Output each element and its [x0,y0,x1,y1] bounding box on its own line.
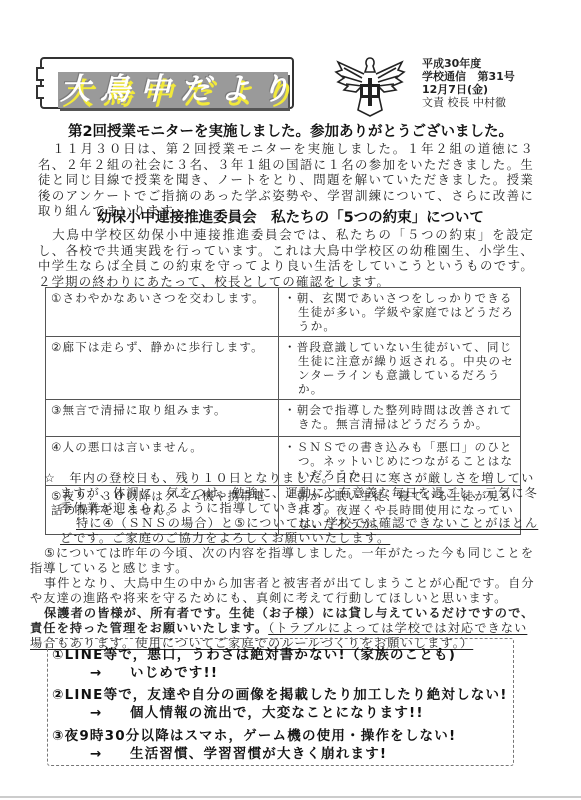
arrow-icon: → [90,665,130,681]
promise-cell: ①さわやかなあいさつを交わします。 [46,288,279,337]
publication-line: 学校通信 第31号 [422,70,515,83]
promise-cell: ②廊下は走らず、静かに歩行します。 [46,337,279,400]
section1-heading: 第2回授業モニターを実施しました。参加ありがとうございました。 [0,120,581,141]
publication-name: 学校通信 [422,70,466,83]
warning-consequence-1: →いじめです!! [90,661,218,681]
section3-body: ☆ 年内の登校日も、残り１０日となりました。日に日に寒さが厳しさを増していますが… [30,471,540,651]
issue-date: 12月7日(金) [422,83,515,96]
table-row: ①さわやかなあいさつを交わします。 ・朝、玄関であいさつをしっかりできる生徒が多… [46,288,521,337]
section2-body: 大鳥中学校区幼保小中連接推進委員会では、私たちの「５つの約束」を設定し、各校で共… [38,227,534,289]
table-row: ②廊下は走らず、静かに歩行します。 ・普段意識していない生徒がいて、同じ生徒に注… [46,337,521,400]
paragraph-rule-five: ⑤については昨年の今頃、次の内容を指導しました。一年がたった今も同じことを指導し… [30,546,540,576]
star-paragraph: ☆ 年内の登校日も、残り１０日となりました。日に日に寒さが厳しさを増していますが… [30,471,540,516]
page-bottom-edge [0,796,581,798]
arrow-icon: → [90,746,130,762]
issue-number: 第31号 [478,70,515,83]
warning-rule-1: ①LINE等で，悪口，うわさは絶対書かない!（家族のことも) [52,643,456,663]
table-row: ③無言で清掃に取り組みます。 ・朝会で指導した整列時間は改善されてきた。無言清掃… [46,400,521,437]
fiscal-year: 平成30年度 [422,57,515,70]
warning-consequence-2: →個人情報の流出で，大変なことになります!! [90,701,424,721]
note-cell: ・朝会で指導した整列時間は改善されてきた。無言清掃はどうだろうか。 [279,400,521,437]
warning-rule-2: ②LINE等で，友達や自分の画像を掲載したり加工したり絶対しない! [52,683,508,703]
newsletter-title: 大鳥中だより [60,72,290,108]
underlined-paragraph: 特に④（ＳＮＳの場合）と⑤については、学校では確認できないことがほとんどです。ご… [30,516,540,546]
paragraph-incident: 事件となり、大鳥中生の中から加害者と被害者が出てしまうことが心配です。自分や友達… [30,576,540,606]
warning-consequence-3: →生活習慣、学習習慣が大きく崩れます! [90,742,387,762]
responsible-author: 文責 校長 中村徹 [422,96,515,109]
promise-cell: ③無言で清掃に取り組みます。 [46,400,279,437]
note-cell: ・普段意識していない生徒がいて、同じ生徒に注意が繰り返される。中央のセンターライ… [279,337,521,400]
school-emblem-bird-icon [334,52,406,118]
section2-heading: 幼保小中連接推進委員会 私たちの「5つの約束」について [0,206,581,227]
issue-info: 平成30年度 学校通信 第31号 12月7日(金) 文責 校長 中村徹 [422,57,515,109]
arrow-icon: → [90,705,130,721]
note-cell: ・朝、玄関であいさつをしっかりできる生徒が多い。学級や家庭ではどうだろうか。 [279,288,521,337]
warning-rule-3: ③夜9時30分以降はスマホ，ゲーム機の使用・操作をしない! [52,724,456,744]
